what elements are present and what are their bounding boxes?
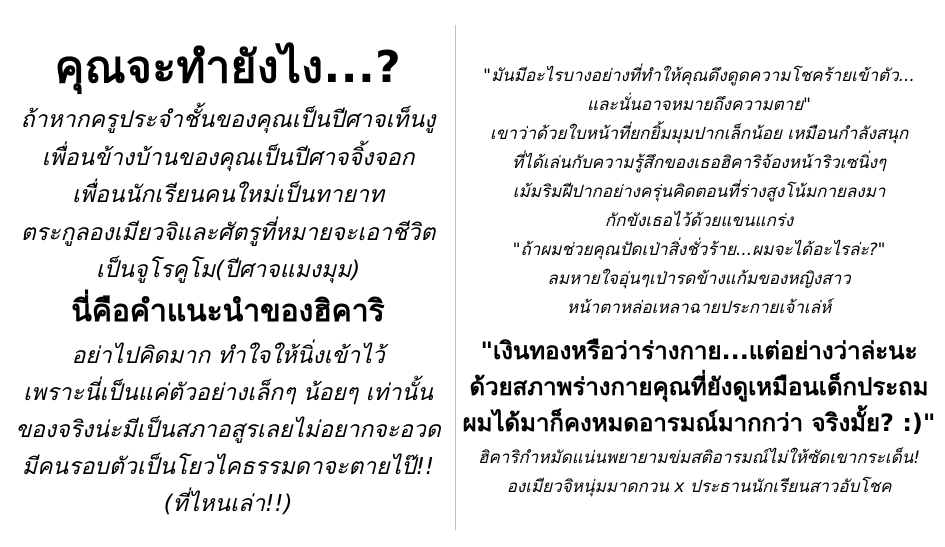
section-subtitle: นี่คือคำแนะนำของฮิคาริ	[8, 290, 448, 334]
advice-line: มีคนรอบตัวเป็นโยวไคธรรมดาจะตายไป๊!!	[8, 449, 448, 486]
narration-line: และนั่นอาจหมายถึงความตาย"	[458, 91, 940, 120]
left-column: คุณจะทำยังไง...? ถ้าหากครูประจำชั้นของคุ…	[8, 0, 448, 523]
advice-line: เพราะนี่เป็นแค่ตัวอย่างเล็กๆ น้อยๆ เท่าน…	[8, 375, 448, 412]
narration-line: ที่ได้เล่นกับความรู้สึกของเธอฮิคาริจ้องห…	[458, 149, 940, 178]
advice-line: (ที่ไหนเล่า!!)	[8, 486, 448, 523]
narration-line: เม้มริมฝีปากอย่างครุ่นคิดตอนที่ร่างสูงโน…	[458, 178, 940, 207]
advice-line: ของจริงน่ะมีเป็นสภาอสูรเลยไม่อยากจะอวด	[8, 412, 448, 449]
narration-line: เขาว่าด้วยใบหน้าที่ยกยิ้มมุมปากเล็กน้อย …	[458, 120, 940, 149]
narration-line: กักขังเธอไว้ด้วยแขนแกร่ง	[458, 207, 940, 236]
closing-paragraph: ฮิคาริกำหมัดแน่นพยายามข่มสติอารมณ์ไม่ให้…	[458, 444, 940, 501]
closing-line: ฮิคาริกำหมัดแน่นพยายามข่มสติอารมณ์ไม่ให้…	[458, 444, 940, 473]
quote-line: ด้วยสภาพร่างกายคุณที่ยังดูเหมือนเด็กประถ…	[458, 369, 940, 405]
narration-paragraph: "มันมีอะไรบางอย่างที่ทำให้คุณดึงดูดความโ…	[458, 62, 940, 323]
closing-line: องเมียวจิหนุ่มมาดกวน x ประธานนักเรียนสาว…	[458, 473, 940, 502]
page: คุณจะทำยังไง...? ถ้าหากครูประจำชั้นของคุ…	[0, 0, 945, 547]
intro-line: ตระกูลองเมียวจิและศัตรูที่หมายจะเอาชีวิต	[8, 215, 448, 253]
column-divider	[455, 25, 456, 530]
quote-line: "เงินทองหรือว่าร่างกาย...แต่อย่างว่าล่ะน…	[458, 333, 940, 369]
right-column: "มันมีอะไรบางอย่างที่ทำให้คุณดึงดูดความโ…	[458, 0, 940, 501]
narration-line: หน้าตาหล่อเหลาฉายประกายเจ้าเล่ห์	[458, 294, 940, 323]
narration-line: "มันมีอะไรบางอย่างที่ทำให้คุณดึงดูดความโ…	[458, 62, 940, 91]
intro-line: เป็นจูโรคูโม(ปีศาจแมงมุม)	[8, 252, 448, 290]
intro-line: เพื่อนข้างบ้านของคุณเป็นปีศาจจิ้งจอก	[8, 140, 448, 178]
narration-line: "ถ้าผมช่วยคุณปัดเป่าสิ่งชั่วร้าย...ผมจะไ…	[458, 236, 940, 265]
narration-line: ลมหายใจอุ่นๆเป่ารดข้างแก้มของหญิงสาว	[458, 265, 940, 294]
intro-line: ถ้าหากครูประจำชั้นของคุณเป็นปีศาจเท็นงู	[8, 102, 448, 140]
quote-paragraph: "เงินทองหรือว่าร่างกาย...แต่อย่างว่าล่ะน…	[458, 333, 940, 441]
quote-line: ผมได้มาก็คงหมดอารมณ์มากกว่า จริงมั้ย? :)…	[458, 405, 940, 441]
intro-paragraph: ถ้าหากครูประจำชั้นของคุณเป็นปีศาจเท็นงู …	[8, 102, 448, 290]
intro-line: เพื่อนนักเรียนคนใหม่เป็นทายาท	[8, 177, 448, 215]
advice-paragraph: อย่าไปคิดมาก ทำใจให้นิ่งเข้าไว้ เพราะนี่…	[8, 338, 448, 523]
page-title: คุณจะทำยังไง...?	[8, 36, 448, 100]
advice-line: อย่าไปคิดมาก ทำใจให้นิ่งเข้าไว้	[8, 338, 448, 375]
